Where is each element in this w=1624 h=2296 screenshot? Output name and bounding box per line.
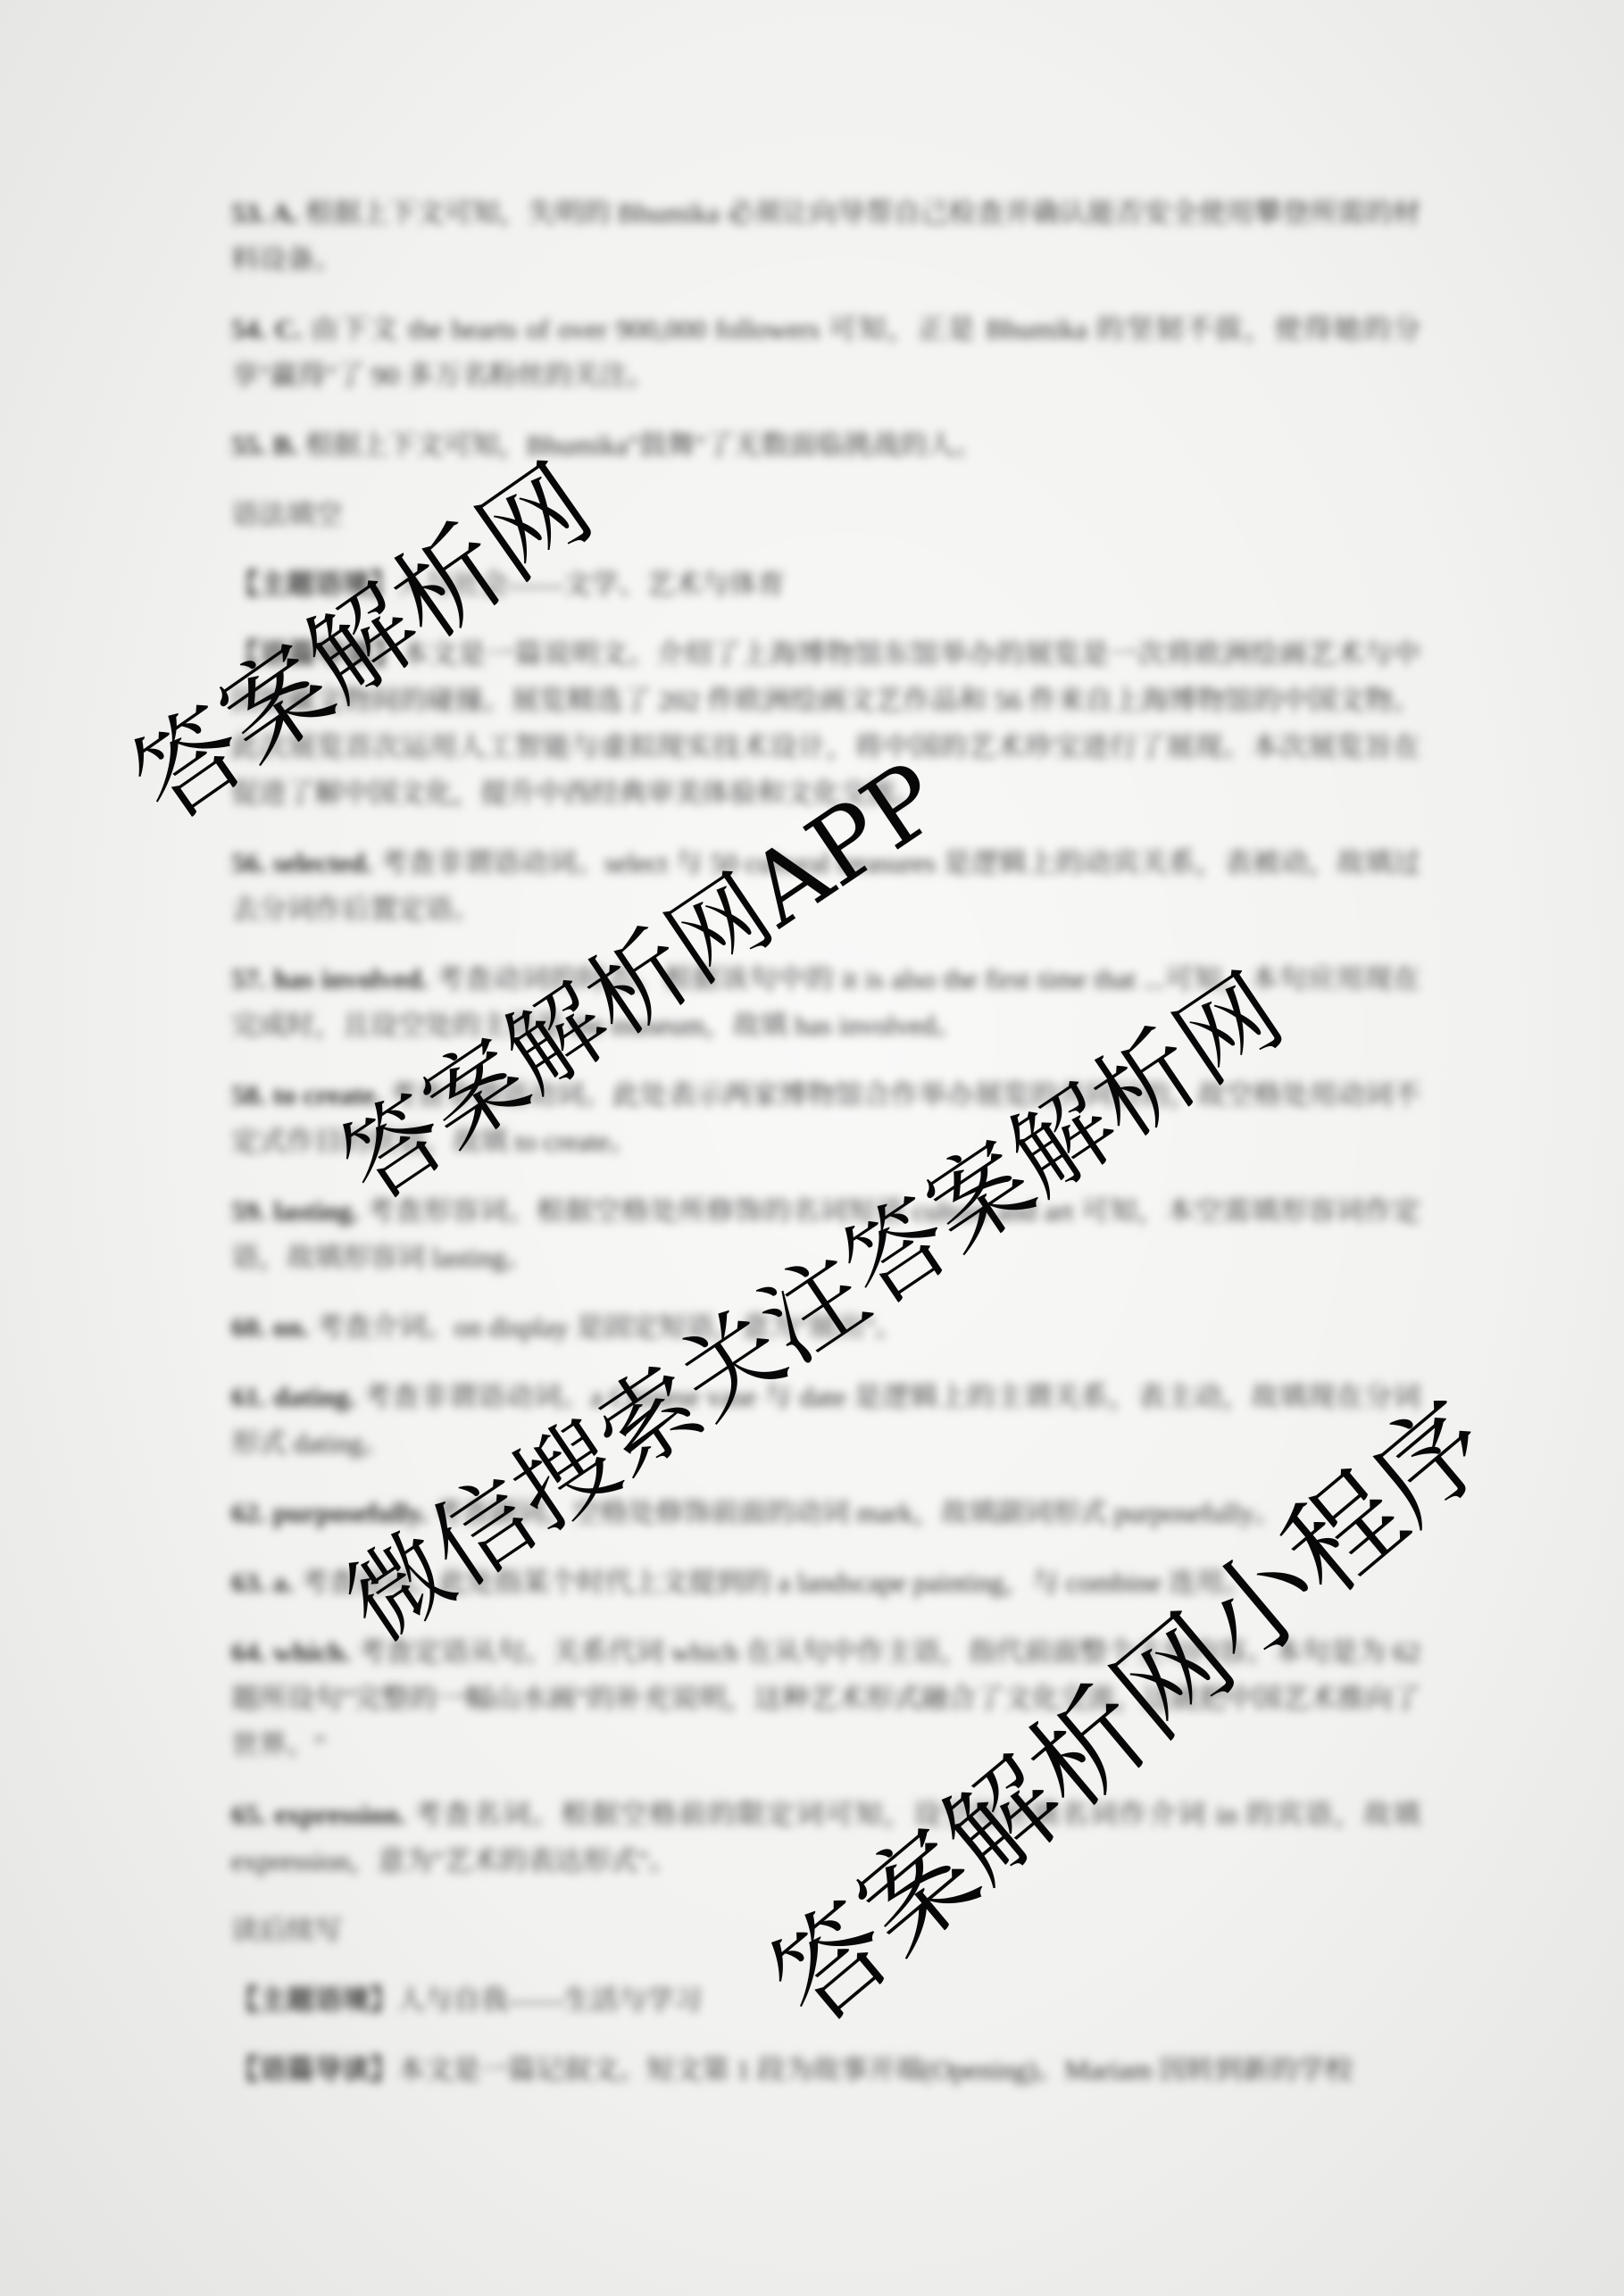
theme-context-line: 【主题语境】人与社会——文学、艺术与体育 (231, 562, 1420, 608)
item-body: 人与自我——生活与学习 (397, 1984, 702, 2016)
explanation-item-64: 64. which. 考查定语从句。关系代词 which 在从句中作主语，指代前… (231, 1629, 1420, 1768)
item-body: 考查冠词。此处指某个时代上文提到的 a landscape painting，与… (301, 1567, 1252, 1598)
item-body: 根据上下文可知，Bhumika"鼓舞"了无数面临挑战的人。 (305, 429, 983, 461)
item-body: 由下文 the hearts of over 900,000 followers… (231, 313, 1420, 391)
item-body: 考查非谓语动词。select 与 50 cultural treasures 是… (231, 847, 1420, 925)
item-number-answer: 61. dating. (231, 1381, 363, 1412)
item-body: 根据上下文可知，失明的 Bhumika 必须让向导帮自己检查并确认能否安全使用攀… (231, 197, 1420, 275)
explanation-item-59: 59. lasting. 考查形容词。根据空格处所修饰的名词短语 culture… (231, 1188, 1420, 1281)
explanation-item-61: 61. dating. 考查非谓语动词。a Chinese vase 与 dat… (231, 1374, 1420, 1467)
item-body: 考查非谓语动词。此处表示两家博物馆合作举办展览的共同目的，故空格处用动词不定式作… (231, 1079, 1420, 1157)
explanation-item-63: 63. a. 考查冠词。此处指某个时代上文提到的 a landscape pai… (231, 1560, 1420, 1606)
section-heading-continuation-writing: 读后续写 (231, 1908, 1420, 1954)
item-number-answer: 64. which. (231, 1636, 358, 1668)
theme-context-line-2: 【主题语境】人与自我——生活与学习 (231, 1977, 1420, 2024)
item-number-answer: 53. A. (231, 197, 305, 229)
passage-intro-line: 【语篇导读】本文是一篇说明文。介绍了上海博物馆东馆举办的展览是一次将欧洲绘画艺术… (231, 631, 1420, 817)
item-body: 考查非谓语动词。a Chinese vase 与 date 是逻辑上的主谓关系，… (231, 1381, 1420, 1459)
item-body: 考查副词。空格处修饰前面的动词 mark，故填副词形式 purposefully… (434, 1497, 1281, 1528)
item-number-answer: 62. purposefully. (231, 1497, 434, 1528)
item-body: 考查定语从句。关系代词 which 在从句中作主语，指代前面整个主句内容。本句是… (231, 1636, 1420, 1760)
item-body: 本文是一篇说明文。介绍了上海博物馆东馆举办的展览是一次将欧洲绘画艺术与中国馆藏文… (231, 638, 1420, 809)
bracket-label: 【语篇导读】 (231, 2054, 397, 2085)
explanation-item-57: 57. has involved. 考查动词的时态。根据该句中的 it is a… (231, 956, 1420, 1049)
item-number-answer: 65. expression. (231, 1799, 414, 1830)
explanation-item-53: 53. A. 根据上下文可知，失明的 Bhumika 必须让向导帮自己检查并确认… (231, 190, 1420, 283)
item-body: 考查介词。on display 是固定短语，意为"展出"。 (316, 1311, 903, 1343)
scanned-answer-sheet-page: { "page": { "background_color": "#f2f2f0… (0, 0, 1624, 2296)
section-heading-text: 语法填空 (231, 499, 342, 530)
item-number-answer: 58. to create. (231, 1079, 389, 1111)
item-body: 本文是一篇记叙文。短文第 1 段为故事开端(Opening)。Mariam 因转… (397, 2054, 1353, 2085)
bracket-label: 【语篇导读】 (231, 638, 401, 670)
item-number-answer: 54. C. (231, 313, 311, 345)
explanation-item-55: 55. B. 根据上下文可知，Bhumika"鼓舞"了无数面临挑战的人。 (231, 422, 1420, 469)
item-number-answer: 55. B. (231, 429, 305, 461)
item-number-answer: 60. on. (231, 1311, 316, 1343)
item-number-answer: 56. selected. (231, 847, 379, 878)
bracket-label: 【主题语境】 (231, 1984, 397, 2016)
blurred-document-text: 53. A. 根据上下文可知，失明的 Bhumika 必须让向导帮自己检查并确认… (0, 0, 1624, 2296)
explanation-item-62: 62. purposefully. 考查副词。空格处修饰前面的动词 mark，故… (231, 1490, 1420, 1536)
explanation-item-60: 60. on. 考查介词。on display 是固定短语，意为"展出"。 (231, 1304, 1420, 1351)
explanation-item-58: 58. to create. 考查非谓语动词。此处表示两家博物馆合作举办展览的共… (231, 1072, 1420, 1165)
item-body: 人与社会——文学、艺术与体育 (397, 569, 785, 600)
item-number-answer: 57. has involved. (231, 963, 436, 994)
explanation-item-65: 65. expression. 考查名词。根据空格前的限定词可知，设空处应填名词… (231, 1792, 1420, 1884)
explanation-item-56: 56. selected. 考查非谓语动词。select 与 50 cultur… (231, 840, 1420, 933)
item-number-answer: 59. lasting. (231, 1195, 366, 1227)
item-body: 考查形容词。根据空格处所修饰的名词短语 culture and art 可知，本… (231, 1195, 1420, 1273)
item-number-answer: 63. a. (231, 1567, 301, 1598)
explanation-item-54: 54. C. 由下文 the hearts of over 900,000 fo… (231, 306, 1420, 399)
section-heading-grammar-fill: 语法填空 (231, 492, 1420, 538)
bracket-label: 【主题语境】 (231, 569, 397, 600)
passage-intro-line-2: 【语篇导读】本文是一篇记叙文。短文第 1 段为故事开端(Opening)。Mar… (231, 2047, 1420, 2093)
section-heading-text: 读后续写 (231, 1915, 342, 1946)
